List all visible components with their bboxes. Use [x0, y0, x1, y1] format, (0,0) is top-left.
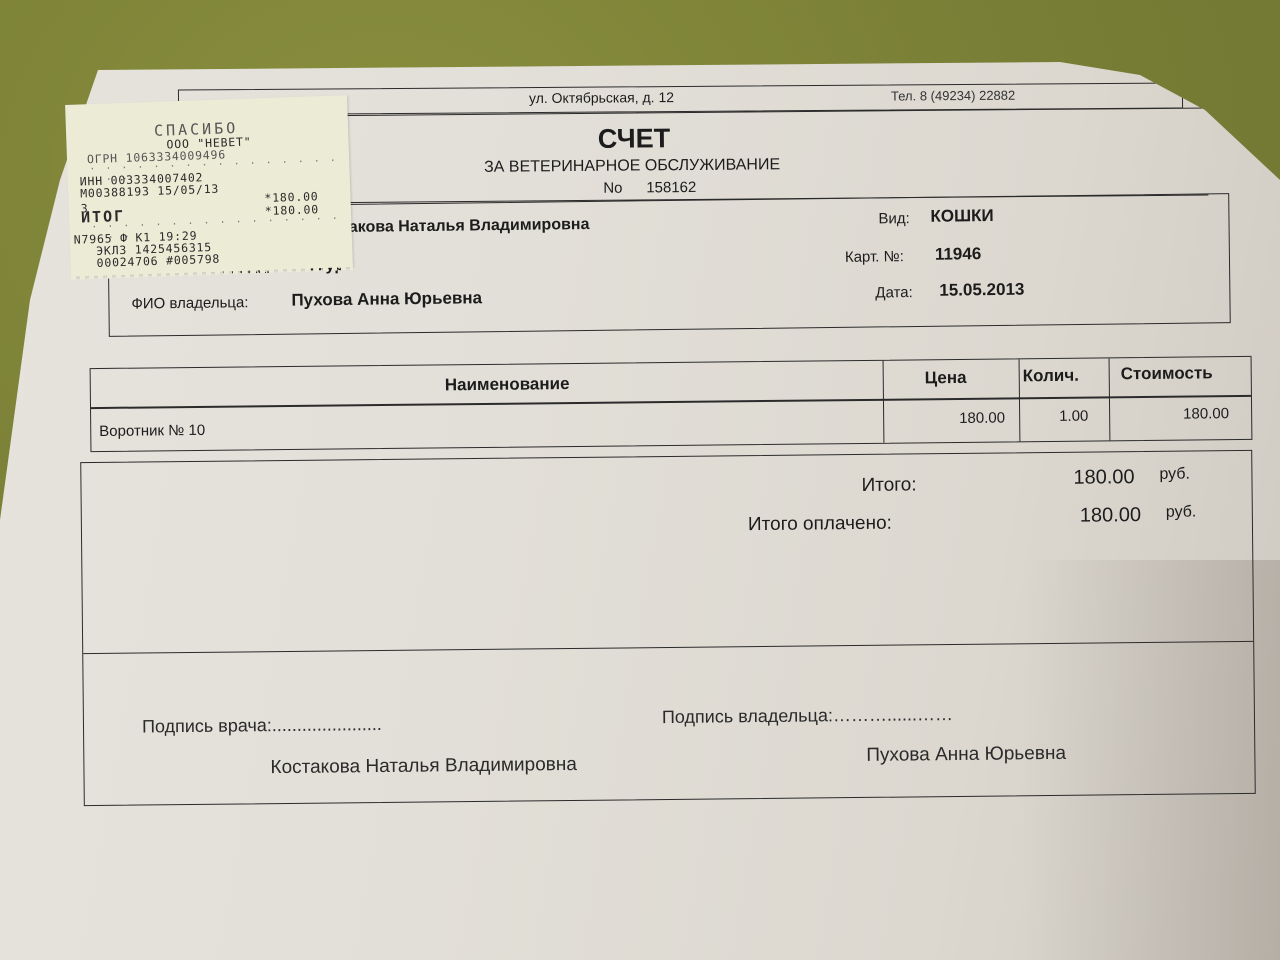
column-header-price: Цена	[925, 368, 967, 388]
item-name: Воротник № 10	[99, 422, 205, 440]
owner-label: ФИО владельца:	[131, 294, 248, 312]
card-label: Карт. №:	[845, 248, 904, 266]
card-number: 11946	[935, 244, 982, 265]
total-value: 180.00	[1073, 466, 1134, 490]
cash-receipt: СПАСИБО ООО "НЕВЕТ" ОГРН 1063334009496 ·…	[65, 95, 353, 277]
column-divider	[883, 361, 885, 443]
document-title: СЧЕТ	[598, 123, 671, 155]
date-label: Дата:	[875, 284, 913, 301]
doctor-name: остакова Наталья Владимировна	[322, 216, 589, 237]
column-header-name: Наименование	[445, 374, 570, 395]
doctor-signature-name: Костакова Наталья Владимировна	[270, 754, 577, 779]
clinic-phone: Тел. 8 (49234) 22882	[891, 88, 1015, 104]
item-cost: 180.00	[1183, 405, 1229, 422]
species-label: Вид:	[878, 210, 910, 227]
paid-currency: руб.	[1166, 503, 1197, 521]
total-currency: руб.	[1159, 466, 1190, 484]
species-value: КОШКИ	[930, 206, 994, 227]
totals-block: Итого: 180.00 руб. Итого оплачено: 180.0…	[80, 450, 1256, 806]
doctor-signature-label: Подпись врача:......................	[142, 714, 382, 738]
column-divider	[1109, 358, 1111, 440]
paid-label: Итого оплачено:	[748, 513, 892, 537]
owner-name: Пухова Анна Юрьевна	[291, 288, 482, 310]
owner-signature-label: Подпись владельца:………......……	[662, 704, 953, 728]
column-header-quantity: Колич.	[1023, 366, 1079, 387]
invoice-number-label: No	[603, 180, 622, 197]
total-label: Итого:	[861, 474, 916, 497]
column-divider	[1019, 359, 1021, 441]
item-price: 180.00	[959, 410, 1005, 427]
column-header-cost: Стоимость	[1121, 363, 1213, 384]
invoice-number: 158162	[646, 179, 696, 196]
paid-value: 180.00	[1080, 504, 1141, 528]
document-subtitle: ЗА ВЕТЕРИНАРНОЕ ОБСЛУЖИВАНИЕ	[484, 156, 780, 177]
invoice-date: 15.05.2013	[939, 280, 1024, 301]
receipt-doc-number: 00024706 #005798	[96, 252, 220, 270]
clinic-address: ул. Октябрьская, д. 12	[529, 89, 674, 106]
item-quantity: 1.00	[1059, 408, 1088, 425]
services-table: Наименование Цена Колич. Стоимость Ворот…	[90, 356, 1253, 452]
signature-divider	[83, 641, 1253, 654]
owner-signature-name: Пухова Анна Юрьевна	[866, 743, 1066, 767]
